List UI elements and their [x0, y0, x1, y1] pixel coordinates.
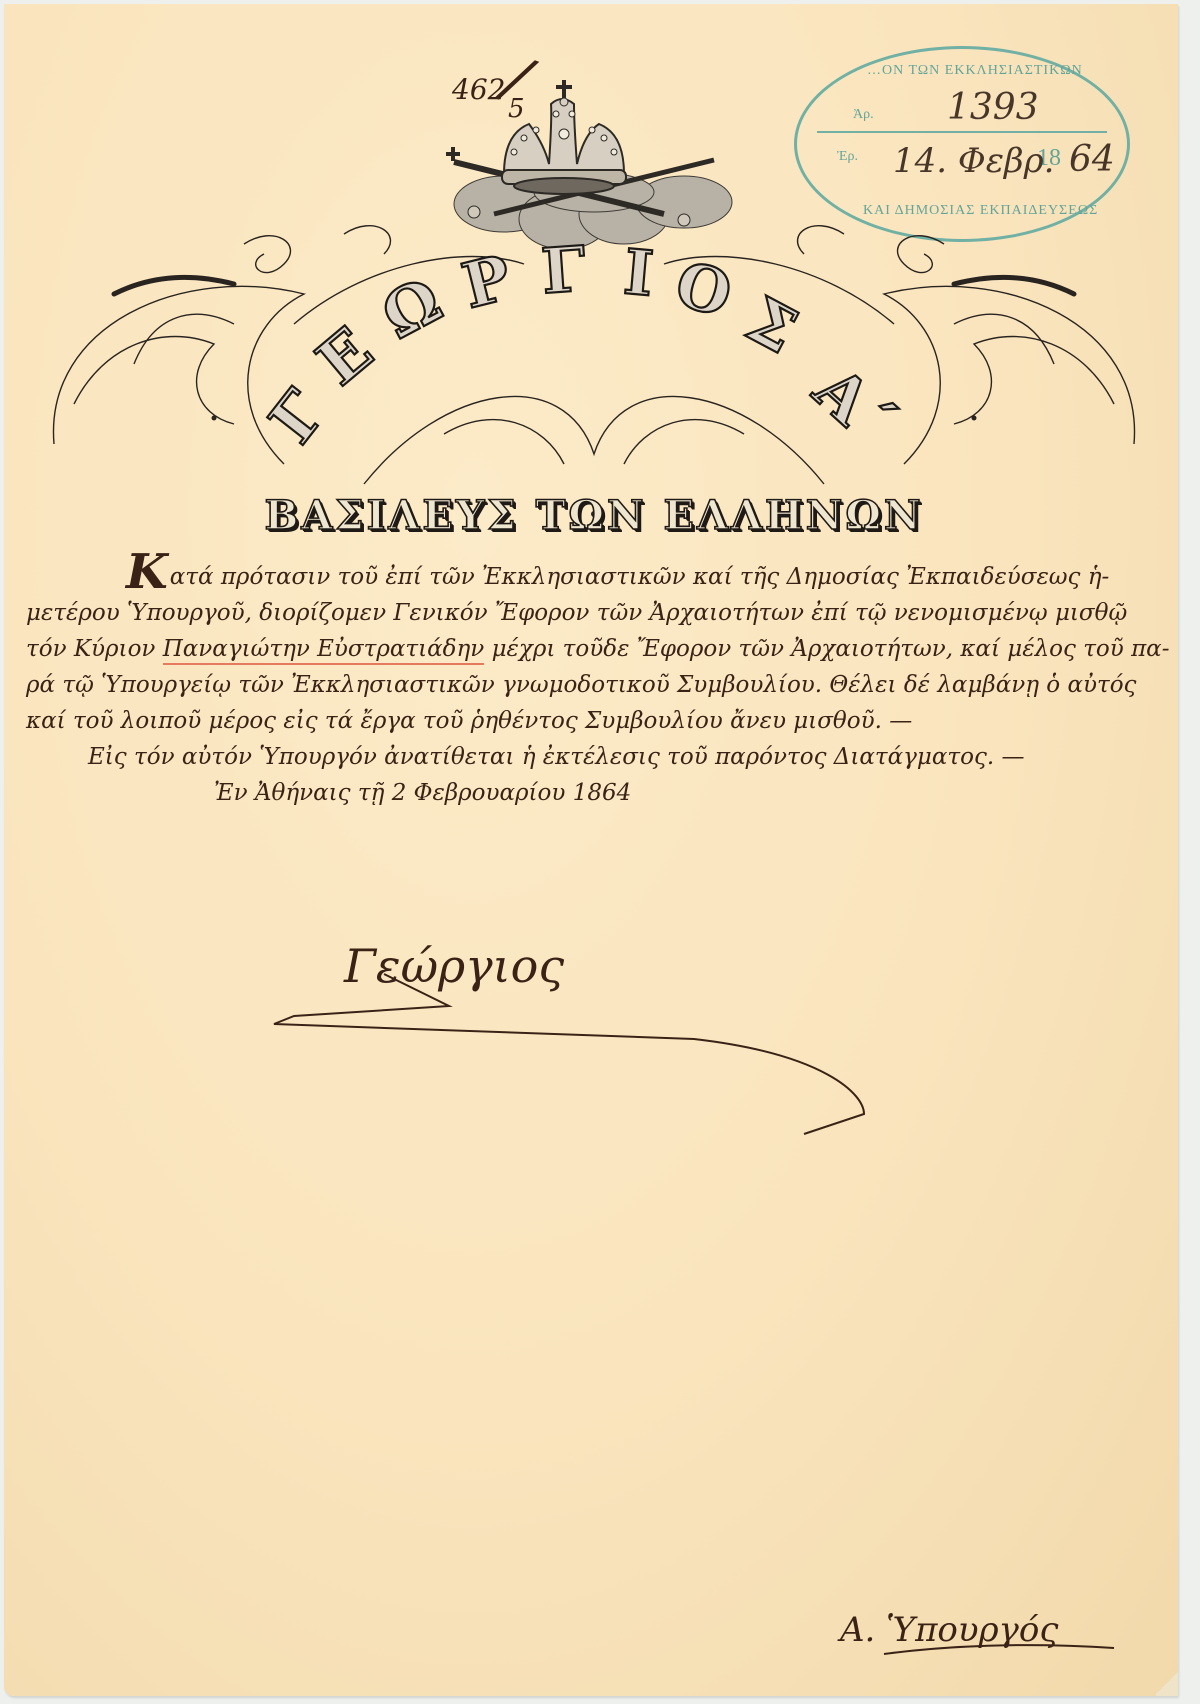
svg-text:Ω: Ω: [370, 263, 453, 353]
stamp-handwritten-year: 64: [1069, 139, 1115, 180]
svg-text:Ρ: Ρ: [455, 241, 518, 323]
document-page: 462/ 5 …ΟΝ ΤΩΝ ΕΚΚΛΗΣΙΑΣΤΙΚΩΝ Ἀρ. Ἐρ. 18…: [4, 4, 1178, 1696]
svg-text:Ο: Ο: [668, 247, 740, 332]
stamp-handwritten-number: 1393: [947, 87, 1039, 128]
body-line-5: καί τοῦ λοιποῦ μέρος εἰς τά ἔργα τοῦ ῥηθ…: [26, 703, 1196, 739]
stamp-handwritten-date: 14. Φεβρ.: [893, 141, 1054, 181]
svg-text:Ι: Ι: [621, 235, 656, 310]
svg-text:Σ: Σ: [735, 283, 808, 368]
signature-flourish-icon: [264, 964, 884, 1184]
svg-text:Ε: Ε: [303, 313, 386, 399]
monarch-name-arch: Γ Ε Ω Ρ Γ Ι Ο Σ Α΄: [44, 204, 1144, 524]
svg-text:Γ: Γ: [539, 232, 588, 308]
svg-text:Α΄: Α΄: [799, 352, 907, 460]
stamp-date-label: Ἐρ.: [837, 149, 858, 165]
stamp-number-label: Ἀρ.: [853, 107, 874, 123]
body-line-1: Κατά πρότασιν τοῦ ἐπί τῶν Ἐκκλησιαστικῶν…: [26, 554, 1196, 595]
drop-initial: Κ: [126, 544, 168, 600]
decree-body: Κατά πρότασιν τοῦ ἐπί τῶν Ἐκκλησιαστικῶν…: [26, 554, 1196, 811]
body-line-4: ρά τῷ Ὑπουργείῳ τῶν Ἐκκλησιαστικῶν γνωμο…: [26, 667, 1196, 703]
body-line-3: τόν Κύριον Παναγιώτην Εὐστρατιάδην μέχρι…: [26, 631, 1196, 667]
stamp-top-text: …ΟΝ ΤΩΝ ΕΚΚΛΗΣΙΑΣΤΙΚΩΝ: [867, 63, 1083, 79]
stamp-divider: [817, 131, 1107, 133]
king-title: ΒΑΣΙΛΕΥΣ ΤΩΝ ΕΛΛΗΝΩΝ: [204, 492, 984, 539]
countersignature-underline-icon: [824, 1634, 1124, 1664]
calligraphic-flourish-icon: Γ Ε Ω Ρ Γ Ι Ο Σ Α΄: [44, 204, 1144, 524]
body-line-2: μετέρου Ὑπουργοῦ, διορίζομεν Γενικόν Ἔφο…: [26, 595, 1196, 631]
date-line: Ἐν Ἀθήναις τῇ 2 Φεβρουαρίου 1864: [26, 775, 1196, 811]
appointee-name: Παναγιώτην Εὐστρατιάδην: [163, 636, 485, 665]
body-line-6: Εἰς τόν αὐτόν Ὑπουργόν ἀνατίθεται ἡ ἐκτέ…: [26, 739, 1196, 775]
